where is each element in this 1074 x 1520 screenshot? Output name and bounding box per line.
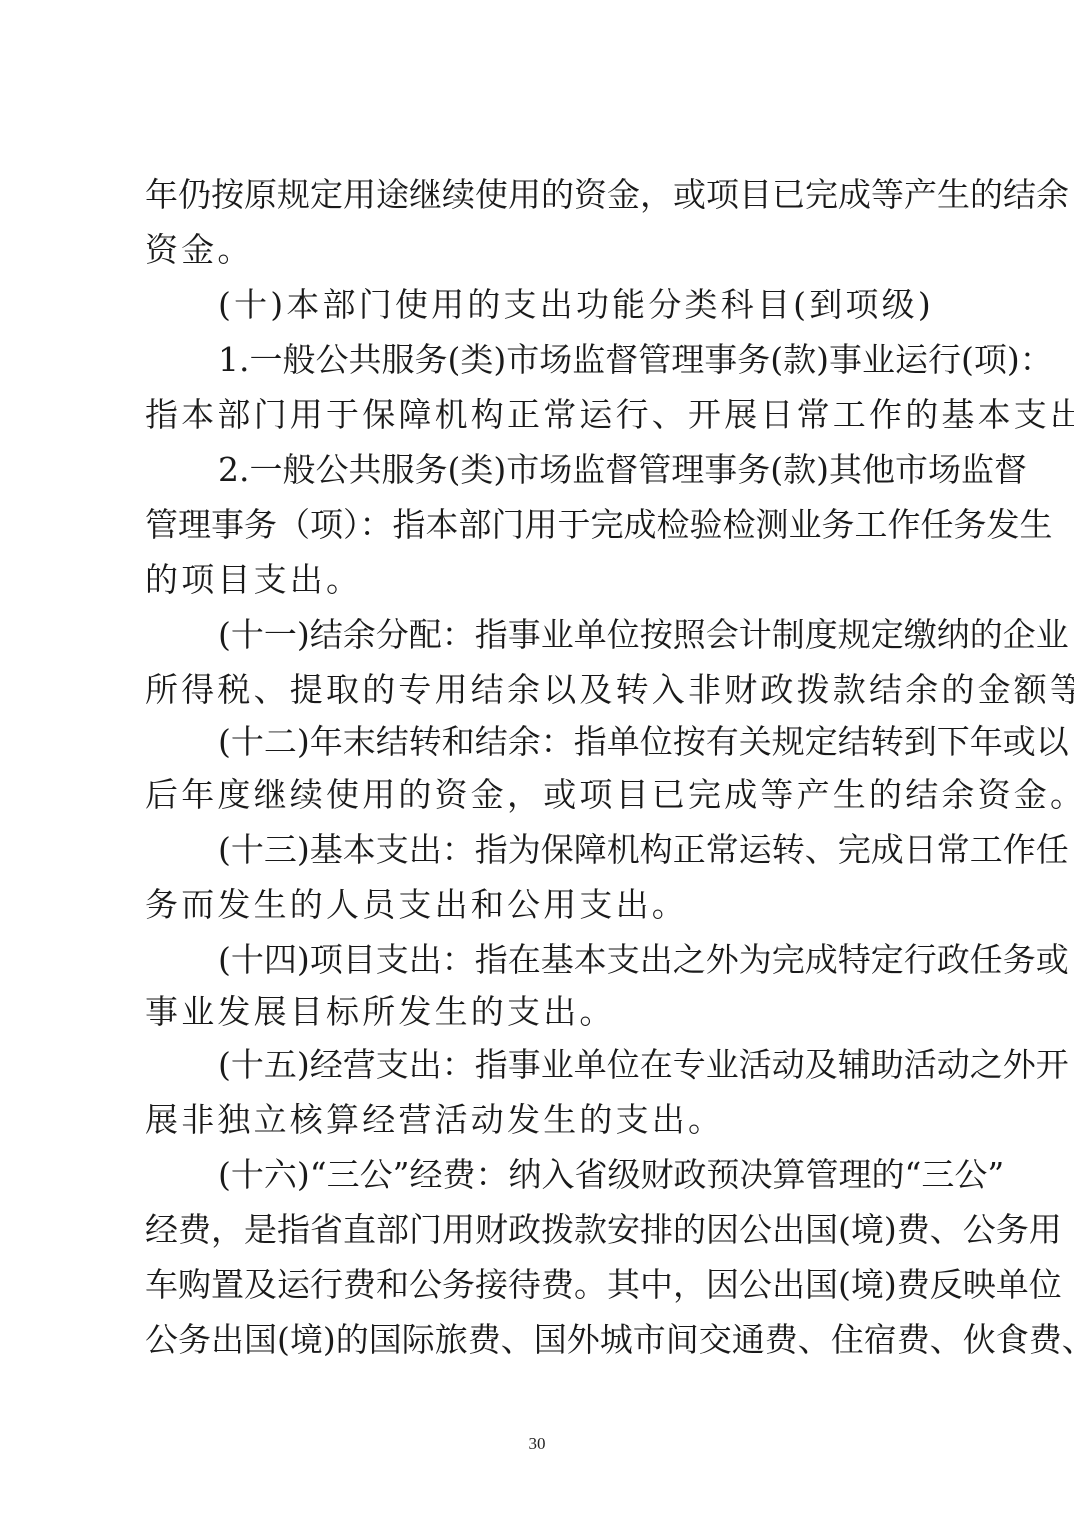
- section-12: (十二)年末结转和结余：指单位按有关规定结转到下年或以: [218, 720, 950, 764]
- paragraph-line: 指本部门用于保障机构正常运行、开展日常工作的基本支出。: [145, 393, 950, 437]
- paragraph-line: 资金。: [145, 228, 950, 272]
- paragraph-line: 所得税、提取的专用结余以及转入非财政拨款结余的金额等。: [145, 668, 950, 712]
- paragraph-line: 后年度继续使用的资金，或项目已完成等产生的结余资金。: [145, 773, 950, 817]
- section-11: (十一)结余分配：指事业单位按照会计制度规定缴纳的企业: [218, 613, 950, 657]
- paragraph-line: 年仍按原规定用途继续使用的资金，或项目已完成等产生的结余: [145, 173, 950, 217]
- paragraph-line: 经费，是指省直部门用财政拨款安排的因公出国(境)费、公务用: [145, 1208, 950, 1252]
- section-16: (十六)“三公”经费：纳入省级财政预决算管理的“三公”: [218, 1153, 950, 1197]
- document-page: 年仍按原规定用途继续使用的资金，或项目已完成等产生的结余 资金。 (十)本部门使…: [0, 0, 1074, 1520]
- page-number: 30: [0, 1434, 1074, 1454]
- section-heading-10: (十)本部门使用的支出功能分类科目(到项级): [218, 283, 950, 327]
- paragraph-line: 事业发展目标所发生的支出。: [145, 990, 950, 1034]
- paragraph-line: 管理事务（项）：指本部门用于完成检验检测业务工作任务发生: [145, 503, 950, 547]
- list-item-1: 1.一般公共服务(类)市场监督管理事务(款)事业运行(项)：: [218, 338, 950, 382]
- paragraph-line: 车购置及运行费和公务接待费。其中，因公出国(境)费反映单位: [145, 1263, 950, 1307]
- paragraph-line: 展非独立核算经营活动发生的支出。: [145, 1098, 950, 1142]
- section-13: (十三)基本支出：指为保障机构正常运转、完成日常工作任: [218, 828, 950, 872]
- section-14: (十四)项目支出：指在基本支出之外为完成特定行政任务或: [218, 938, 950, 982]
- paragraph-line: 公务出国(境)的国际旅费、国外城市间交通费、住宿费、伙食费、: [145, 1318, 950, 1362]
- section-15: (十五)经营支出：指事业单位在专业活动及辅助活动之外开: [218, 1043, 950, 1087]
- list-item-2: 2.一般公共服务(类)市场监督管理事务(款)其他市场监督: [218, 448, 950, 492]
- paragraph-line: 务而发生的人员支出和公用支出。: [145, 883, 950, 927]
- paragraph-line: 的项目支出。: [145, 558, 950, 602]
